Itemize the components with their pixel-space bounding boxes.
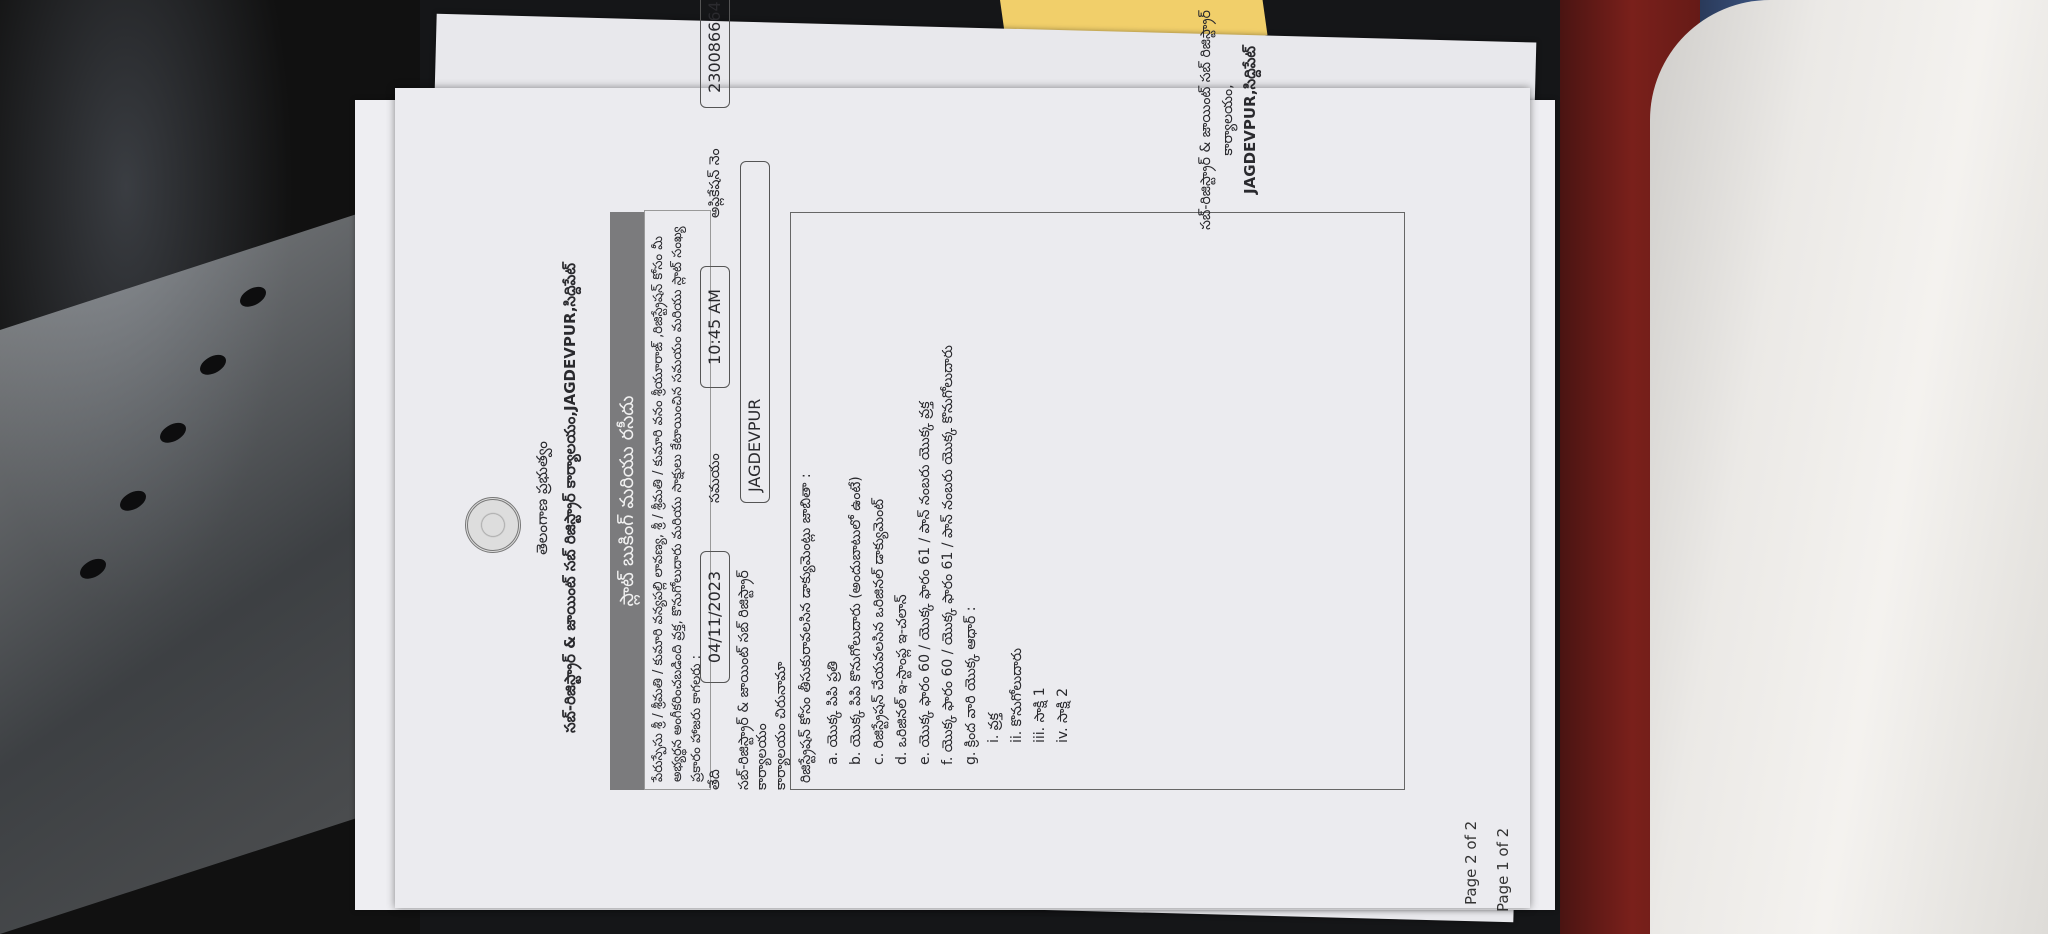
document-item: b. యొక్క పిపి కొనుగోలుదారు (అందుబాటులో ఉ… [845,219,868,765]
document-item: g. క్రింద వారి యొక్క ఆధార్ : [960,219,983,765]
office-heading: సబ్-రిజిస్ట్రార్ & జాయింట్ సబ్ రిజిస్ట్ర… [561,88,583,908]
application-number-value: 2300866643 [700,0,730,108]
punched-plastic-sleeve [0,213,360,934]
date-value: 04/11/2023 [700,551,730,683]
aadhaar-item: iv. సాక్షి 2 [1052,219,1075,765]
documents-list: a. యొక్క పిపి ప్రతి b. యొక్క పిపి కొనుగో… [822,219,1075,783]
application-number-label: అప్లికేషన్ నెం [707,148,726,218]
office-label: సబ్-రిజిస్ట్రార్ & జాయింట్ సబ్ రిజిస్ట్ర… [735,560,771,790]
punch-hole [80,556,106,582]
white-cloth-background [1650,0,2048,934]
document-item: e. యొక్క ఫారం 60 / యొక్క ఫారం 61 / పాన్ … [914,219,937,765]
time-value: 10:45 AM [700,266,730,388]
signature-line-3: JAGDEVPUR,సిద్దిపేట్ [1239,0,1261,300]
punch-hole [240,284,266,310]
slot-booking-receipt-page: తెలంగాణ ప్రభుత్వం సబ్-రిజిస్ట్రార్ & జాయ… [395,88,1530,908]
page-number-under-sheet: Page 1 of 2 [1494,828,1512,912]
time-label: సమయం [707,453,726,503]
document-item: c. రిజిస్ట్రేషన్ చేయవలసిన ఒరిజినల్ డాక్య… [868,219,891,765]
document-item: d. ఒరిజినల్ ఇ-స్టాంప్ల ఇ-చలాన్ [891,219,914,765]
document-item: f. యొక్క ఫారం 60 / యొక్క ఫారం 61 / పాన్ … [937,219,960,765]
document-item: a. యొక్క పిపి ప్రతి [822,219,845,765]
page-number-top-sheet: Page 2 of 2 [1462,821,1480,905]
telangana-emblem-icon [465,497,521,553]
punch-hole [160,420,186,446]
aadhaar-item: iii. సాక్షి 1 [1029,219,1052,765]
government-title: తెలంగాణ ప్రభుత్వం [533,88,555,908]
documents-heading: రిజిస్ట్రేషన్ కోసం తీసుకురావలసిన డాక్యుమ… [795,219,818,783]
signature-line-2: కార్యాలయం, [1217,0,1239,300]
documents-list-box: రిజిస్ట్రేషన్ కోసం తీసుకురావలసిన డాక్యుమ… [790,212,1405,790]
aadhaar-item: ii. కొనుగోలుదారు [1006,219,1029,765]
receipt-banner-title: స్లాట్ బుకింగ్ మరియు రసీదు [610,212,644,790]
office-value: JAGDEVPUR [740,161,770,503]
signature-line-1: సబ్-రిజిస్ట్రార్ & జాయింట్ సబ్ రిజిస్ట్ర… [1195,0,1217,300]
punch-hole [200,352,226,378]
punch-hole [120,488,146,514]
date-label: తేది [707,769,726,790]
aadhaar-item: i. వ్రక్త [983,219,1006,765]
signature-block: సబ్-రిజిస్ట్రార్ & జాయింట్ సబ్ రిజిస్ట్ర… [1195,0,1261,300]
